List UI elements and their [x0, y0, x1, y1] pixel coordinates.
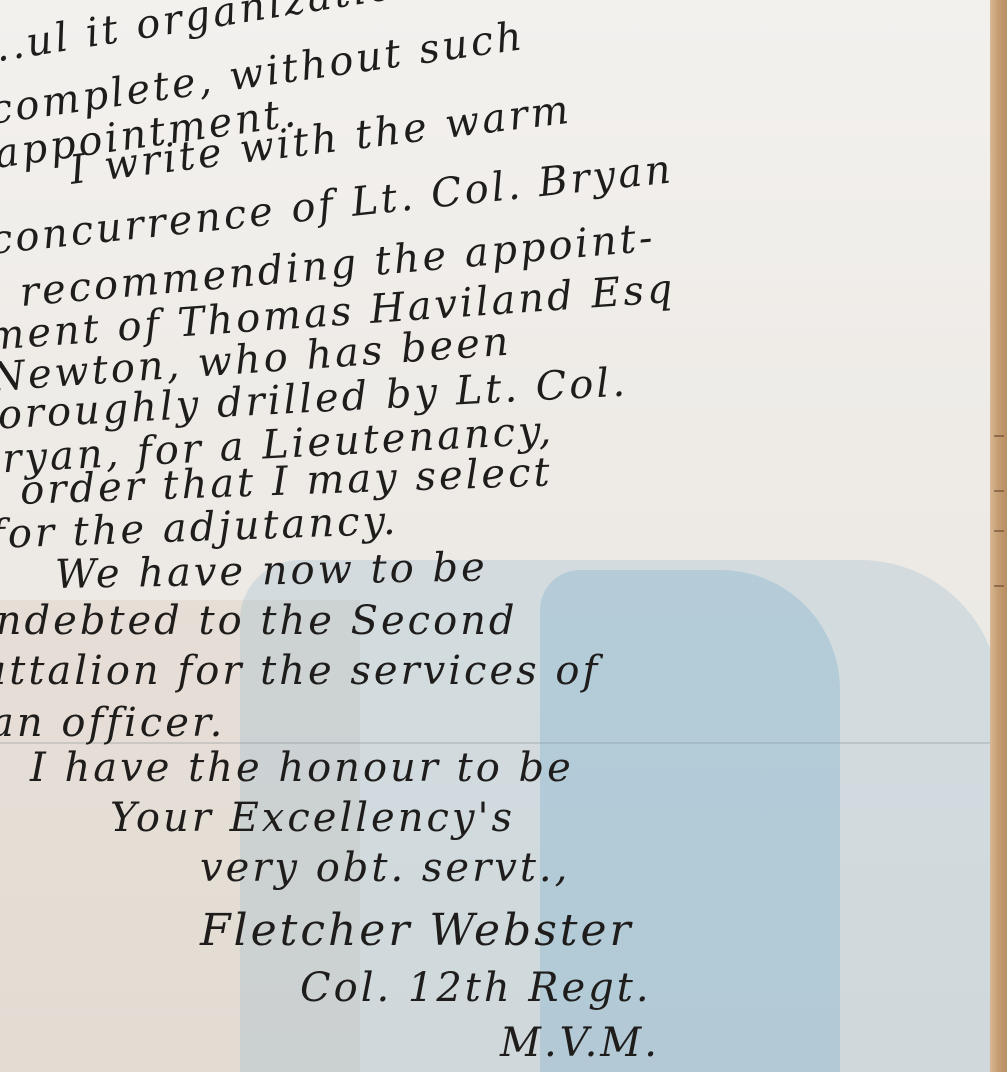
edge-ink-mark: [994, 585, 1004, 587]
closing-line: Your Excellency's: [110, 795, 515, 841]
letter-line: indebted to the Second: [0, 598, 518, 644]
letter-line: We have now to be: [55, 544, 489, 598]
letter-page: ...ul it organization would complete, wi…: [0, 0, 992, 1072]
edge-ink-mark: [994, 435, 1004, 437]
edge-ink-mark: [994, 490, 1004, 492]
closing-line: I have the honour to be: [30, 745, 574, 791]
closing-line: very obt. servt.,: [200, 845, 570, 891]
signature-name: Fletcher Webster: [200, 905, 634, 956]
signature-unit: M.V.M.: [500, 1020, 660, 1066]
letter-line: an officer.: [0, 700, 225, 746]
letter-line: Battalion for the services of: [0, 648, 600, 694]
signature-title: Col. 12th Regt.: [300, 965, 652, 1011]
edge-ink-mark: [994, 530, 1004, 532]
next-page-edge: [990, 0, 1007, 1072]
